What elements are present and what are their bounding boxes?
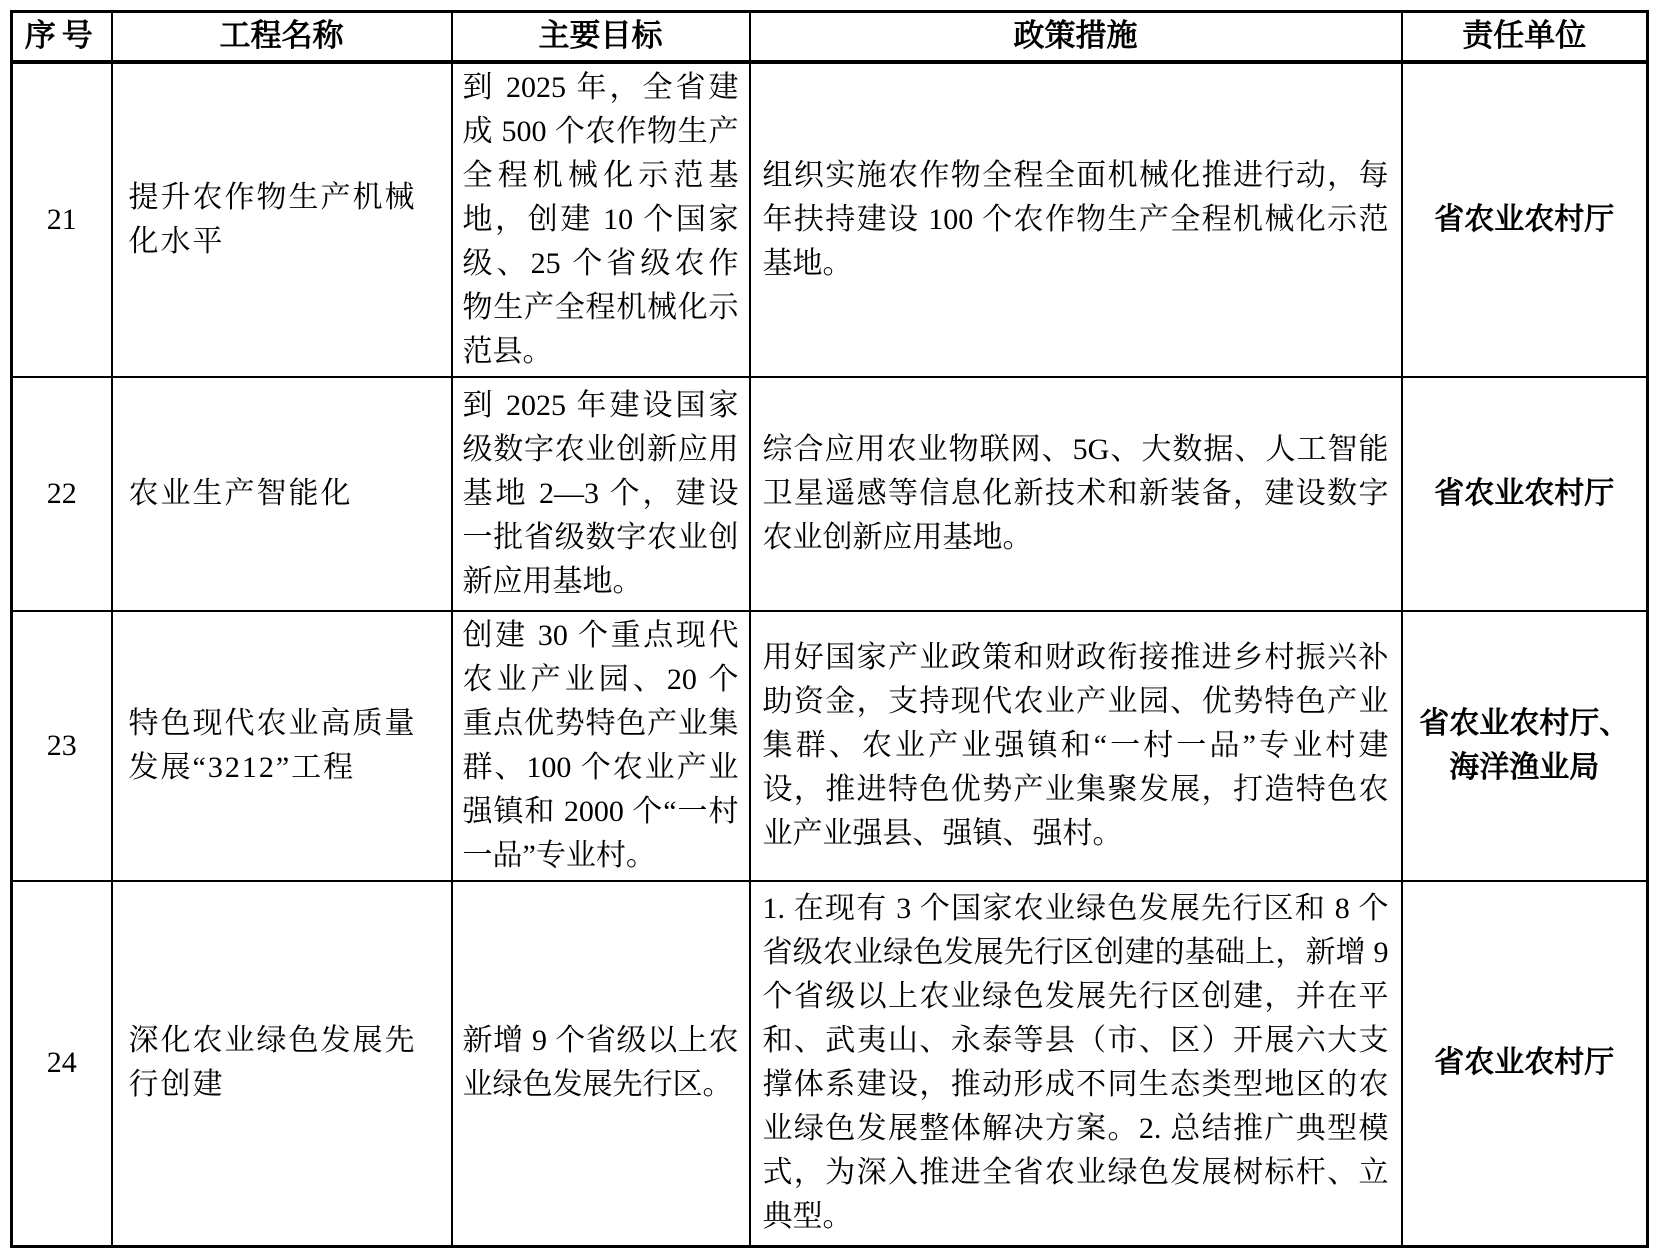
document-page: 序号 工程名称 主要目标 政策措施 责任单位 21 提升农作物生产机械化水平 到… [0,0,1656,1200]
header-policy-measure: 政策措施 [750,12,1402,62]
cell-policy-measure: 用好国家产业政策和财政衔接推进乡村振兴补助资金，支持现代农业产业园、优势特色产业… [750,611,1402,881]
cell-serial-number: 23 [12,611,112,881]
table-row: 22 农业生产智能化 到 2025 年建设国家级数字农业创新应用基地 2—3 个… [12,377,1648,611]
cell-project-name: 提升农作物生产机械化水平 [112,62,452,377]
cell-responsible-unit: 省农业农村厅 [1402,62,1648,377]
cell-project-name: 特色现代农业高质量发展“3212”工程 [112,611,452,881]
cell-policy-measure: 组织实施农作物全程全面机械化推进行动，每年扶持建设 100 个农作物生产全程机械… [750,62,1402,377]
cell-responsible-unit: 省农业农村厅、海洋渔业局 [1402,611,1648,881]
cell-serial-number: 24 [12,881,112,1247]
policy-projects-table: 序号 工程名称 主要目标 政策措施 责任单位 21 提升农作物生产机械化水平 到… [10,10,1649,1248]
cell-serial-number: 22 [12,377,112,611]
table-row: 23 特色现代农业高质量发展“3212”工程 创建 30 个重点现代农业产业园、… [12,611,1648,881]
cell-serial-number: 21 [12,62,112,377]
header-main-goal: 主要目标 [452,12,750,62]
cell-project-name: 深化农业绿色发展先行创建 [112,881,452,1247]
cell-main-goal: 新增 9 个省级以上农业绿色发展先行区。 [452,881,750,1247]
header-row: 序号 工程名称 主要目标 政策措施 责任单位 [12,12,1648,62]
header-serial-number: 序号 [12,12,112,62]
table-row: 24 深化农业绿色发展先行创建 新增 9 个省级以上农业绿色发展先行区。 1. … [12,881,1648,1247]
cell-policy-measure: 综合应用农业物联网、5G、大数据、人工智能卫星遥感等信息化新技术和新装备，建设数… [750,377,1402,611]
cell-project-name: 农业生产智能化 [112,377,452,611]
cell-main-goal: 创建 30 个重点现代农业产业园、20 个重点优势特色产业集群、100 个农业产… [452,611,750,881]
header-responsible-unit: 责任单位 [1402,12,1648,62]
cell-main-goal: 到 2025 年，全省建成 500 个农作物生产全程机械化示范基地，创建 10 … [452,62,750,377]
cell-responsible-unit: 省农业农村厅 [1402,377,1648,611]
table-row: 21 提升农作物生产机械化水平 到 2025 年，全省建成 500 个农作物生产… [12,62,1648,377]
cell-policy-measure: 1. 在现有 3 个国家农业绿色发展先行区和 8 个省级农业绿色发展先行区创建的… [750,881,1402,1247]
header-project-name: 工程名称 [112,12,452,62]
cell-responsible-unit: 省农业农村厅 [1402,881,1648,1247]
cell-main-goal: 到 2025 年建设国家级数字农业创新应用基地 2—3 个，建设一批省级数字农业… [452,377,750,611]
